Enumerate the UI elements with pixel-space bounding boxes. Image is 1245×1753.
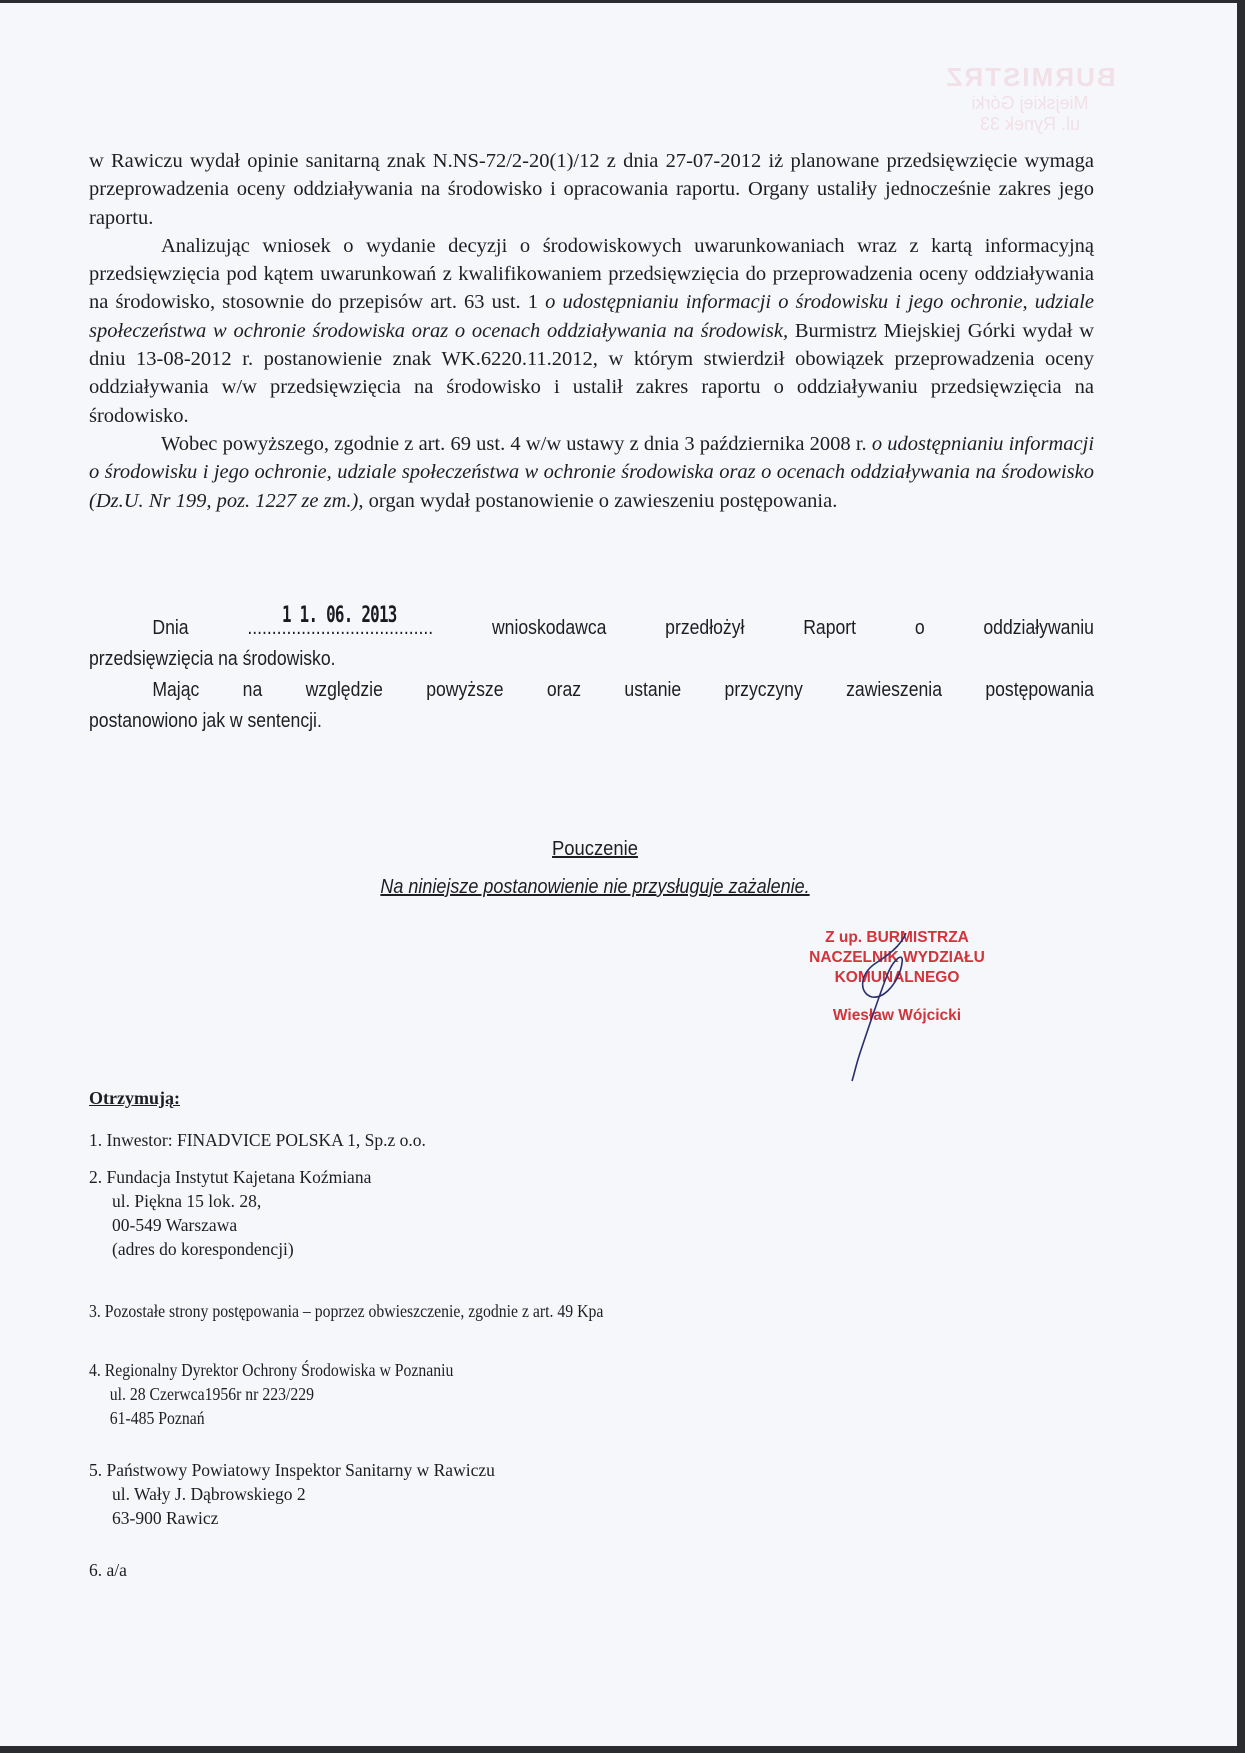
recipient-line: 6. a/a bbox=[89, 1558, 127, 1582]
recipient-item: 1. Inwestor: FINADVICE POLSKA 1, Sp.z o.… bbox=[89, 1128, 426, 1152]
ghost-stamp-line: BURMISTRZ bbox=[910, 63, 1150, 93]
report-line-2: przedsięwzięcia na środowisko. bbox=[89, 644, 1094, 675]
document-page: BURMISTRZ Miejskiej Górki ul. Rynek 33 w… bbox=[0, 3, 1237, 1746]
recipient-line: 3. Pozostałe strony postępowania – poprz… bbox=[89, 1299, 603, 1323]
recipient-line: ul. Wały J. Dąbrowskiego 2 bbox=[89, 1482, 495, 1506]
paragraph-suspension: Wobec powyższego, zgodnie z art. 69 ust.… bbox=[89, 430, 1094, 515]
recipient-item: 6. a/a bbox=[89, 1558, 127, 1582]
paragraph-text: Wobec powyższego, zgodnie z art. 69 ust.… bbox=[161, 433, 872, 455]
paragraph-analysis: Analizując wniosek o wydanie decyzji o ś… bbox=[89, 232, 1094, 430]
report-submission-text: Dnia ...................................… bbox=[89, 601, 1094, 737]
recipient-line: 00-549 Warszawa bbox=[89, 1213, 371, 1237]
paragraph-sanitary-opinion: w Rawiczu wydał opinie sanitarną znak N.… bbox=[89, 147, 1094, 232]
recipient-line: (adres do korespondencji) bbox=[89, 1237, 371, 1261]
recipient-item: 3. Pozostałe strony postępowania – poprz… bbox=[89, 1299, 603, 1323]
paragraph-text: , organ wydał postanowienie o zawieszeni… bbox=[358, 490, 837, 512]
justification-text: w Rawiczu wydał opinie sanitarną znak N.… bbox=[89, 147, 1094, 515]
recipients-title: Otrzymują: bbox=[89, 1086, 180, 1110]
recipient-line: 4. Regionalny Dyrektor Ochrony Środowisk… bbox=[89, 1358, 453, 1382]
report-line-3: Mając na względzie powyższe oraz ustanie… bbox=[89, 675, 1094, 706]
report-line-1: Dnia ...................................… bbox=[89, 613, 1094, 644]
recipient-line: 2. Fundacja Instytut Kajetana Koźmiana bbox=[89, 1165, 371, 1189]
recipient-line: 63-900 Rawicz bbox=[89, 1506, 495, 1530]
recipient-line: 1. Inwestor: FINADVICE POLSKA 1, Sp.z o.… bbox=[89, 1128, 426, 1152]
recipient-item: 4. Regionalny Dyrektor Ochrony Środowisk… bbox=[89, 1358, 453, 1430]
bleed-through-stamp: BURMISTRZ Miejskiej Górki ul. Rynek 33 bbox=[910, 63, 1150, 134]
recipient-item: 5. Państwowy Powiatowy Inspektor Sanitar… bbox=[89, 1458, 495, 1530]
recipient-line: ul. 28 Czerwca1956r nr 223/229 bbox=[89, 1382, 453, 1406]
recipient-line: 61-485 Poznań bbox=[89, 1406, 453, 1430]
recipient-line: ul. Piękna 15 lok. 28, bbox=[89, 1189, 371, 1213]
ghost-stamp-line: ul. Rynek 33 bbox=[910, 114, 1150, 135]
instruction-note: Na niniejsze postanowienie nie przysługu… bbox=[60, 876, 1131, 899]
instruction-heading: Pouczenie bbox=[48, 838, 1143, 861]
recipients-section: Otrzymują: 1. Inwestor: FINADVICE POLSKA… bbox=[89, 1086, 180, 1110]
ghost-stamp-line: Miejskiej Górki bbox=[910, 93, 1150, 114]
report-line-4: postanowiono jak w sentencji. bbox=[89, 706, 1094, 737]
paragraph-text: w Rawiczu wydał opinie sanitarną znak N.… bbox=[89, 150, 1094, 229]
recipient-item: 2. Fundacja Instytut Kajetana Koźmiana u… bbox=[89, 1165, 371, 1261]
recipient-line: 5. Państwowy Powiatowy Inspektor Sanitar… bbox=[89, 1458, 495, 1482]
handwritten-signature bbox=[830, 933, 950, 1083]
